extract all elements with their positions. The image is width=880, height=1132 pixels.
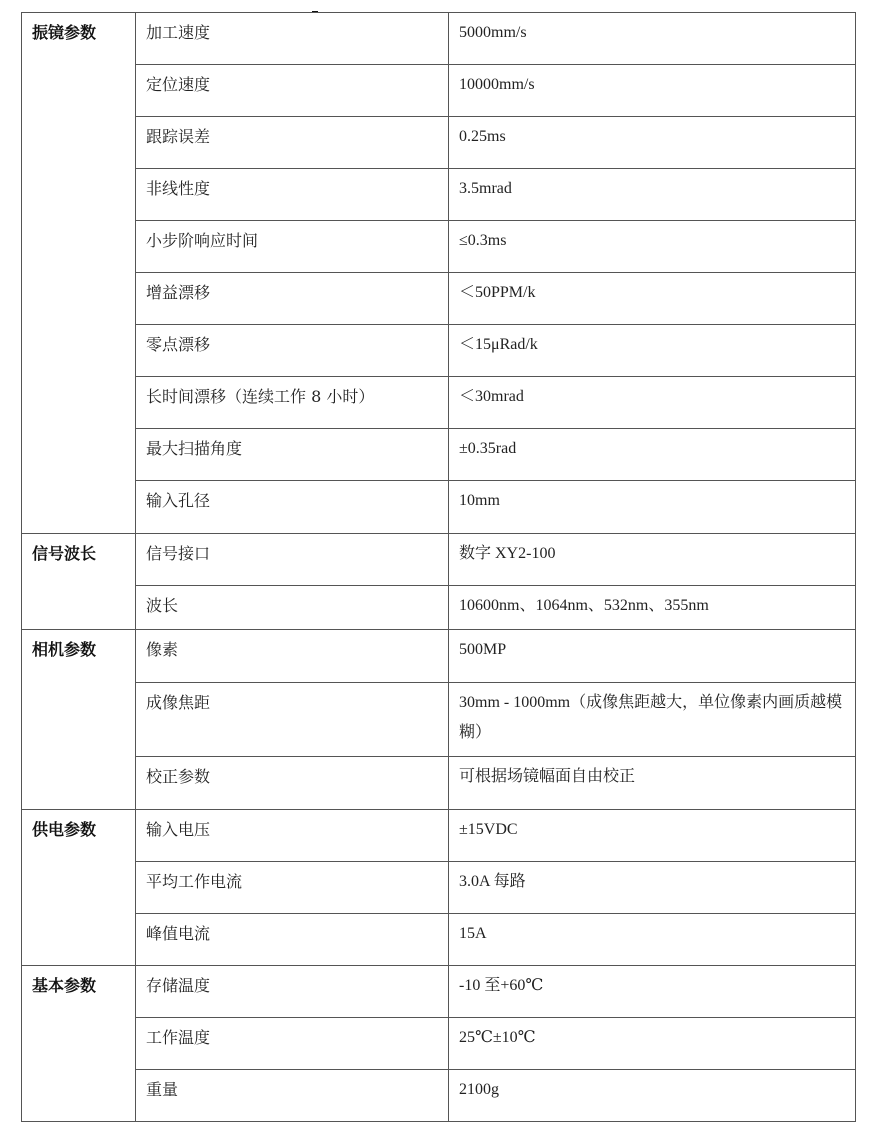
param-value: 10000mm/s	[449, 65, 856, 117]
table-row: 平均工作电流3.0A 每路	[22, 862, 856, 914]
param-value: -10 至+60℃	[449, 966, 856, 1018]
param-name: 信号接口	[136, 534, 449, 586]
param-name: 加工速度	[136, 13, 449, 65]
param-name: 增益漂移	[136, 273, 449, 325]
spec-table-body: 振镜参数加工速度5000mm/s定位速度10000mm/s跟踪误差0.25ms非…	[22, 13, 856, 1122]
table-row: 长时间漂移（连续工作 8 小时）＜30mrad	[22, 377, 856, 429]
param-value: 0.25ms	[449, 117, 856, 169]
param-value: 5000mm/s	[449, 13, 856, 65]
table-row: 供电参数输入电压±15VDC	[22, 810, 856, 862]
group-label: 振镜参数	[22, 13, 136, 534]
spec-table: 振镜参数加工速度5000mm/s定位速度10000mm/s跟踪误差0.25ms非…	[21, 12, 856, 1122]
param-name: 零点漂移	[136, 325, 449, 377]
param-name: 存储温度	[136, 966, 449, 1018]
table-row: 重量2100g	[22, 1070, 856, 1122]
table-row: 成像焦距30mm - 1000mm（成像焦距越大，单位像素内画质越模糊）	[22, 683, 856, 757]
param-name: 输入孔径	[136, 481, 449, 534]
param-value: 15A	[449, 914, 856, 966]
param-value: 可根据场镜幅面自由校正	[449, 757, 856, 810]
param-name: 波长	[136, 586, 449, 630]
param-name: 校正参数	[136, 757, 449, 810]
param-value: ＜30mrad	[449, 377, 856, 429]
param-name: 输入电压	[136, 810, 449, 862]
param-value: 30mm - 1000mm（成像焦距越大，单位像素内画质越模糊）	[449, 683, 856, 757]
group-label: 信号波长	[22, 534, 136, 630]
table-row: 最大扫描角度±0.35rad	[22, 429, 856, 481]
param-name: 重量	[136, 1070, 449, 1122]
param-name: 非线性度	[136, 169, 449, 221]
table-row: 峰值电流15A	[22, 914, 856, 966]
param-value: 10mm	[449, 481, 856, 534]
param-value: ±0.35rad	[449, 429, 856, 481]
table-row: 波长10600nm、1064nm、532nm、355nm	[22, 586, 856, 630]
table-row: 基本参数存储温度-10 至+60℃	[22, 966, 856, 1018]
param-value: ＜15μRad/k	[449, 325, 856, 377]
param-value: ＜50PPM/k	[449, 273, 856, 325]
param-name: 长时间漂移（连续工作 8 小时）	[136, 377, 449, 429]
table-row: 定位速度10000mm/s	[22, 65, 856, 117]
param-value: 10600nm、1064nm、532nm、355nm	[449, 586, 856, 630]
param-name: 成像焦距	[136, 683, 449, 757]
table-row: 信号波长信号接口数字 XY2-100	[22, 534, 856, 586]
param-value: 数字 XY2-100	[449, 534, 856, 586]
group-label: 基本参数	[22, 966, 136, 1122]
param-value: ≤0.3ms	[449, 221, 856, 273]
table-row: 相机参数像素500MP	[22, 630, 856, 683]
param-name: 最大扫描角度	[136, 429, 449, 481]
param-value: 500MP	[449, 630, 856, 683]
param-value: 3.5mrad	[449, 169, 856, 221]
table-row: 跟踪误差0.25ms	[22, 117, 856, 169]
group-label: 相机参数	[22, 630, 136, 810]
table-row: 非线性度3.5mrad	[22, 169, 856, 221]
group-label: 供电参数	[22, 810, 136, 966]
table-row: 小步阶响应时间≤0.3ms	[22, 221, 856, 273]
param-value: ±15VDC	[449, 810, 856, 862]
param-name: 定位速度	[136, 65, 449, 117]
param-name: 小步阶响应时间	[136, 221, 449, 273]
param-name: 工作温度	[136, 1018, 449, 1070]
table-row: 输入孔径10mm	[22, 481, 856, 534]
param-value: 25℃±10℃	[449, 1018, 856, 1070]
param-name: 跟踪误差	[136, 117, 449, 169]
param-name: 峰值电流	[136, 914, 449, 966]
table-row: 工作温度25℃±10℃	[22, 1018, 856, 1070]
param-value: 3.0A 每路	[449, 862, 856, 914]
table-row: 零点漂移＜15μRad/k	[22, 325, 856, 377]
param-name: 平均工作电流	[136, 862, 449, 914]
table-row: 校正参数可根据场镜幅面自由校正	[22, 757, 856, 810]
param-name: 像素	[136, 630, 449, 683]
table-row: 增益漂移＜50PPM/k	[22, 273, 856, 325]
table-row: 振镜参数加工速度5000mm/s	[22, 13, 856, 65]
param-value: 2100g	[449, 1070, 856, 1122]
